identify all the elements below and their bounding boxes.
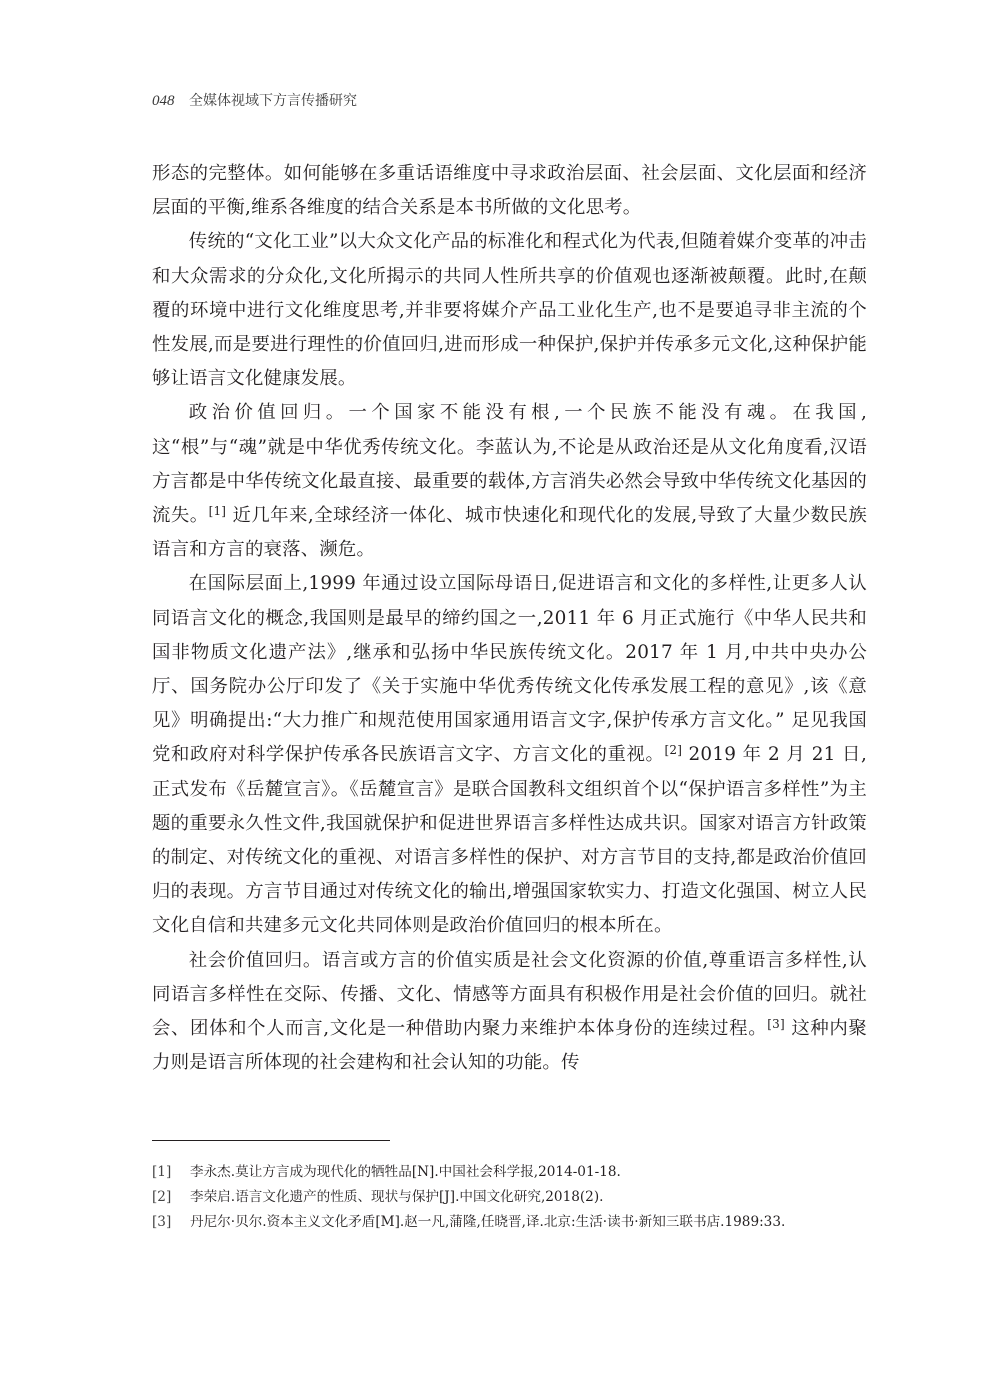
footnote-text: 李永杰.莫让方言成为现代化的牺牲品[N].中国社会科学报,2014-01-18.: [190, 1160, 867, 1185]
footnote-number: [2]: [152, 1185, 190, 1210]
footnote-number: [1]: [152, 1160, 190, 1185]
paragraph: 政治价值回归。一个国家不能没有根,一个民族不能没有魂。在我国,这“根”与“魂”就…: [152, 396, 867, 567]
paragraph: 传统的“文化工业”以大众文化产品的标准化和程式化为代表,但随着媒介变革的冲击和大…: [152, 225, 867, 396]
footnote-number: [3]: [152, 1210, 190, 1235]
footnote-ref[interactable]: [3]: [767, 1017, 785, 1031]
footnote-ref[interactable]: [2]: [664, 743, 682, 757]
paragraph: 形态的完整体。如何能够在多重话语维度中寻求政治层面、社会层面、文化层面和经济层面…: [152, 157, 867, 225]
footnote-item: [3] 丹尼尔·贝尔.资本主义文化矛盾[M].赵一凡,蒲隆,任晓晋,译.北京:生…: [152, 1210, 867, 1235]
footnote-ref[interactable]: [1]: [209, 504, 227, 518]
footnote-divider: [152, 1140, 390, 1141]
paragraph: 社会价值回归。语言或方言的价值实质是社会文化资源的价值,尊重语言多样性,认同语言…: [152, 944, 867, 1081]
book-title: 全媒体视域下方言传播研究: [189, 93, 357, 109]
running-header: 048 全媒体视域下方言传播研究: [152, 90, 357, 110]
page-number: 048: [152, 93, 175, 109]
footnote-text: 丹尼尔·贝尔.资本主义文化矛盾[M].赵一凡,蒲隆,任晓晋,译.北京:生活·读书…: [190, 1210, 867, 1235]
footnotes: [1] 李永杰.莫让方言成为现代化的牺牲品[N].中国社会科学报,2014-01…: [152, 1160, 867, 1235]
body-text: 形态的完整体。如何能够在多重话语维度中寻求政治层面、社会层面、文化层面和经济层面…: [152, 157, 867, 1080]
paragraph: 在国际层面上,1999 年通过设立国际母语日,促进语言和文化的多样性,让更多人认…: [152, 567, 867, 943]
footnote-text: 李荣启.语言文化遗产的性质、现状与保护[J].中国文化研究,2018(2).: [190, 1185, 867, 1210]
footnote-item: [2] 李荣启.语言文化遗产的性质、现状与保护[J].中国文化研究,2018(2…: [152, 1185, 867, 1210]
footnote-item: [1] 李永杰.莫让方言成为现代化的牺牲品[N].中国社会科学报,2014-01…: [152, 1160, 867, 1185]
